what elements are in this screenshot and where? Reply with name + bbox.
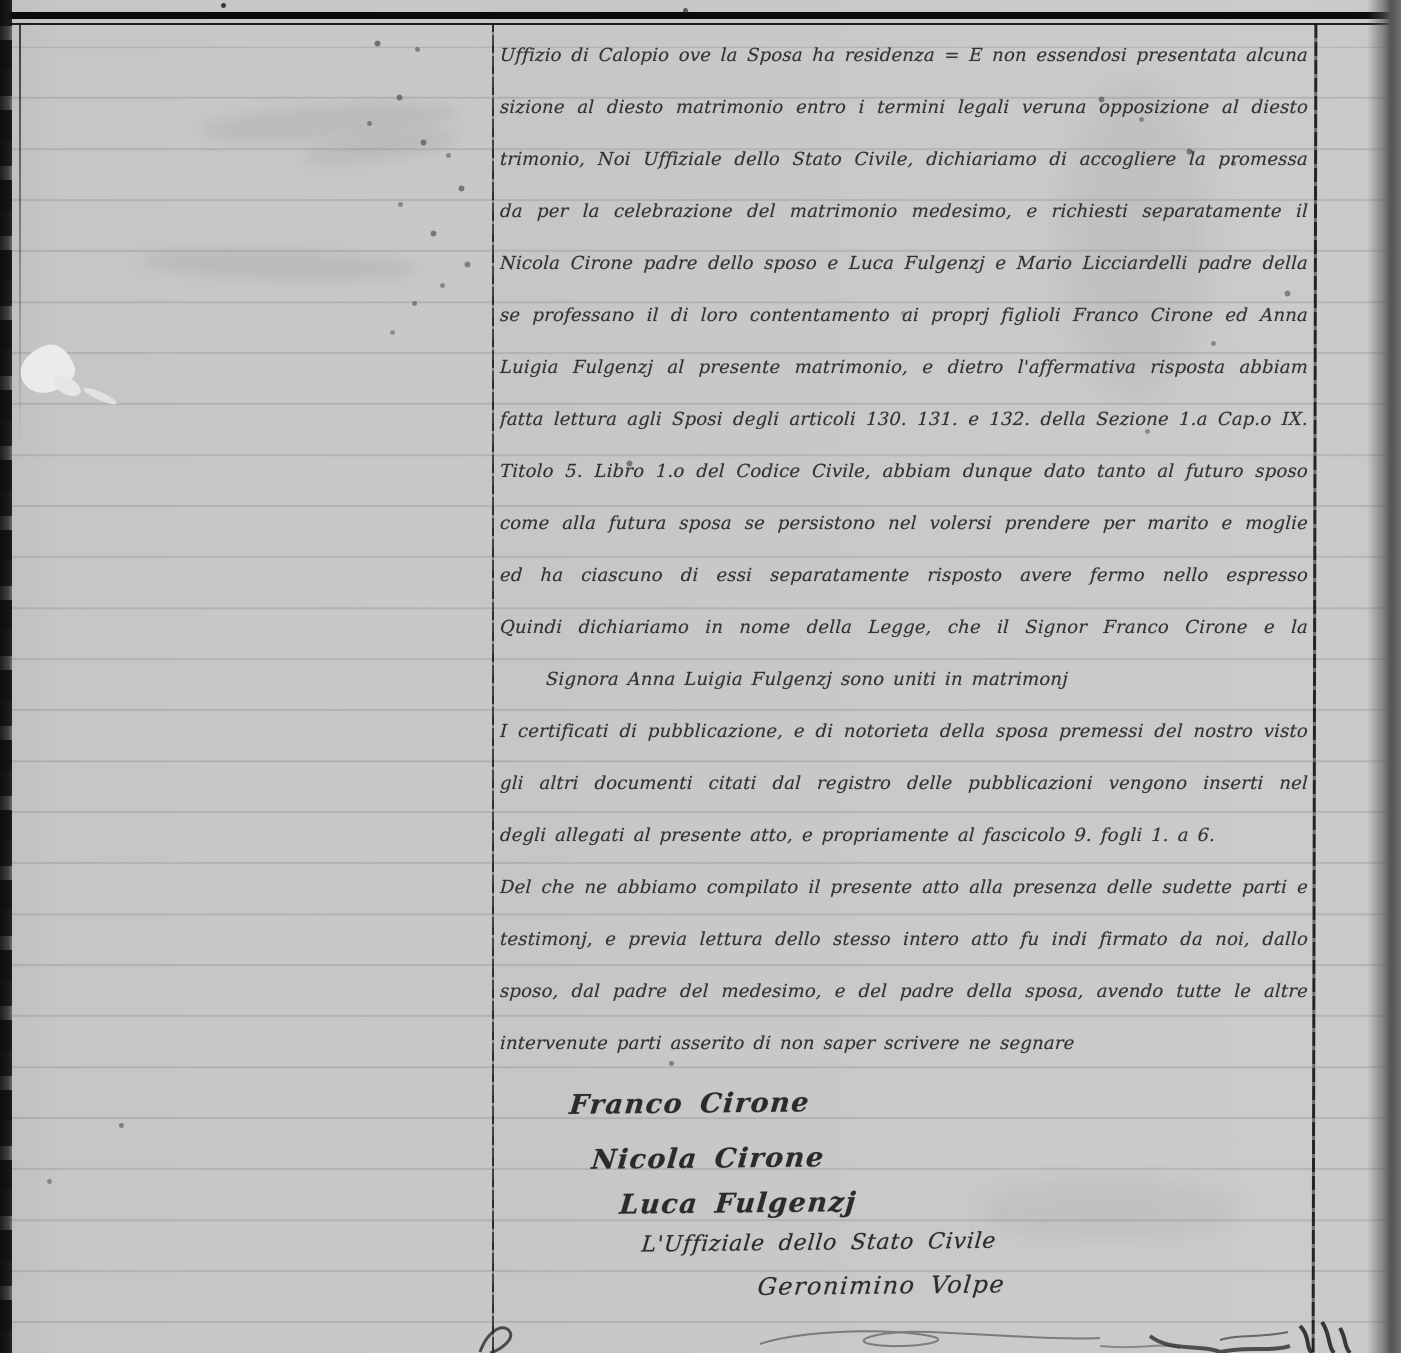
act-text-line: intervenute parti asserito di non saper …	[499, 1018, 1310, 1070]
signature-groom: Franco Cirone	[568, 1082, 1310, 1121]
cutoff-handwriting-strokes	[460, 1316, 1360, 1353]
act-text-column: Uffizio di Calopio ove la Sposa ha resid…	[500, 30, 1308, 1298]
act-text-line: Titolo 5. Libro 1.o del Codice Civile, a…	[499, 446, 1310, 498]
act-text-line: gli altri documenti citati dal registro …	[499, 758, 1310, 810]
act-text-line: I certificati di pubblicazione, e di not…	[499, 706, 1310, 758]
official-title-line: L'Uffiziale dello Stato Civile	[640, 1226, 1309, 1258]
act-text-line: Signora Anna Luigia Fulgenzj sono uniti …	[499, 654, 1310, 706]
act-text-line: Nicola Cirone padre dello sposo e Luca F…	[499, 238, 1310, 290]
top-border-thick-rule	[0, 12, 1401, 19]
act-text-line: ed ha ciascuno di essi separatamente ris…	[499, 550, 1310, 602]
act-text-line: da per la celebrazione del matrimonio me…	[499, 186, 1310, 238]
top-border-thin-rule	[0, 23, 1401, 25]
act-text-line: Uffizio di Calopio ove la Sposa ha resid…	[499, 30, 1310, 82]
act-text-line: sizione al diesto matrimonio entro i ter…	[499, 82, 1310, 134]
act-text-line: testimonj, e previa lettura dello stesso…	[499, 914, 1310, 966]
act-text-line: sposo, dal padre del medesimo, e del pad…	[499, 966, 1310, 1018]
act-text-line: Del che ne abbiamo compilato il presente…	[499, 862, 1310, 914]
page-edge-shadow	[1367, 0, 1401, 1353]
act-text-line: se professano il di loro contentamento a…	[499, 290, 1310, 342]
left-inner-border-line	[19, 24, 21, 444]
act-text-line: Luigia Fulgenzj al presente matrimonio, …	[499, 342, 1310, 394]
act-text-line: fatta lettura agli Sposi degli articoli …	[499, 394, 1310, 446]
left-binding-edge	[0, 0, 12, 1353]
act-text-line: trimonio, Noi Uffiziale dello Stato Civi…	[499, 134, 1310, 186]
foxing-specks	[0, 0, 3, 3]
scanned-register-page: Uffizio di Calopio ove la Sposa ha resid…	[0, 0, 1401, 1353]
act-text-line: Quindi dichiariamo in nome della Legge, …	[499, 602, 1310, 654]
official-signature: Geronimino Volpe	[756, 1267, 1309, 1301]
margin-column-divider-line	[492, 24, 494, 1353]
act-text-line: degli allegati al presente atto, e propr…	[499, 810, 1310, 862]
signature-groom-father: Nicola Cirone	[590, 1137, 1310, 1175]
act-text-line: come alla futura sposa se persistono nel…	[499, 498, 1310, 550]
signature-witness: Luca Fulgenzj	[618, 1182, 1310, 1220]
